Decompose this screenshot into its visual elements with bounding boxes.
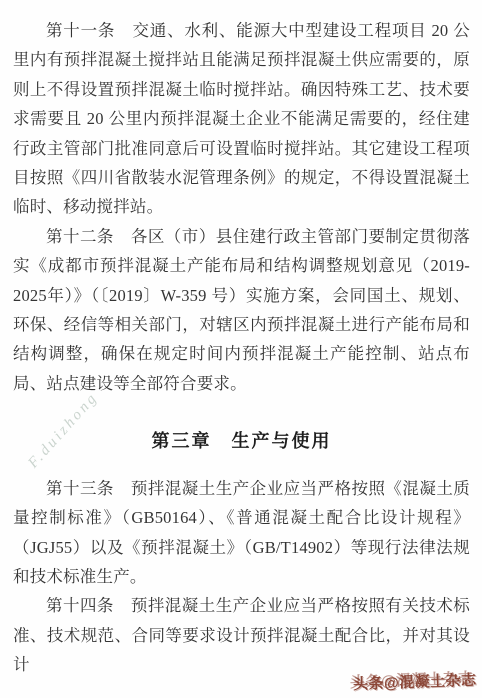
corner-watermark: 头条@混凝土杂志 (353, 669, 477, 694)
paragraph-article-13: 第十三条 预拌混凝土生产企业应当严格按照《混凝土质量控制标准》（GB50164）… (13, 474, 470, 592)
paragraph-article-11: 第十一条 交通、水利、能源大中型建设工程项目 20 公里内有预拌混凝土搅拌站且能… (13, 16, 470, 222)
paragraph-article-12: 第十二条 各区（市）县住建行政主管部门要制定贯彻落实《成都市预拌混凝土产能布局和… (13, 222, 470, 398)
chapter-heading: 第三章 生产与使用 (13, 427, 470, 456)
paragraph-article-14: 第十四条 预拌混凝土生产企业应当严格按照有关技术标准、技术规范、合同等要求设计预… (13, 591, 470, 679)
document-page: F.duizhong 第十一条 交通、水利、能源大中型建设工程项目 20 公里内… (0, 0, 482, 698)
document-body: 第十一条 交通、水利、能源大中型建设工程项目 20 公里内有预拌混凝土搅拌站且能… (0, 0, 482, 680)
